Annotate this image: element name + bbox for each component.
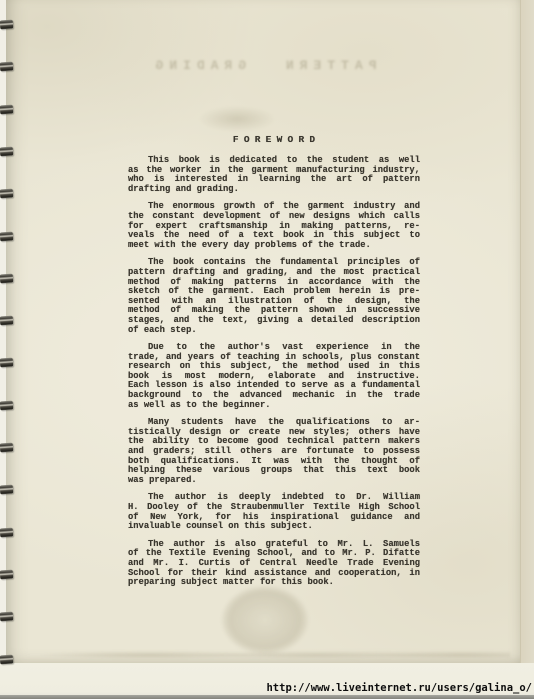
scanned-page: PATTERN GRADING FOREWORD This book is de… <box>0 0 534 699</box>
spiral-binding-ring <box>0 400 13 410</box>
page-right-edge <box>521 0 534 663</box>
spiral-binding-ring <box>0 231 13 241</box>
spiral-binding-ring <box>0 316 13 326</box>
text-line: of each step. <box>128 326 420 336</box>
bleed-through-emblem <box>222 586 308 654</box>
spiral-binding-ring <box>0 146 13 156</box>
spiral-binding-ring <box>0 485 13 495</box>
spiral-binding-ring <box>0 654 13 664</box>
paragraph: The book contains the fundamental princi… <box>128 258 420 335</box>
spiral-binding-ring <box>0 104 13 114</box>
paragraph: The author is also grateful to Mr. L. Sa… <box>128 540 420 588</box>
bleed-through-title: PATTERN GRADING <box>98 58 428 73</box>
page-title: FOREWORD <box>128 134 420 145</box>
paragraph: This book is dedicated to the student as… <box>128 156 420 194</box>
paragraph: The author is deeply indebted to Dr. Wil… <box>128 493 420 531</box>
spiral-binding-ring <box>0 189 13 199</box>
text-line: was prepared. <box>128 476 420 486</box>
scan-edge-line <box>0 695 534 699</box>
spiral-binding-ring <box>0 273 13 283</box>
foreword-section: FOREWORD This book is dedicated to the s… <box>128 134 420 596</box>
spiral-binding-ring <box>0 62 13 72</box>
spiral-binding-ring <box>0 569 13 579</box>
watermark-url: http://www.liveinternet.ru/users/galina_… <box>266 682 532 694</box>
bleed-through-smudge <box>198 106 276 132</box>
bleed-through-band <box>30 649 510 661</box>
foreword-paragraphs: This book is dedicated to the student as… <box>128 156 420 588</box>
spiral-binding-ring <box>0 612 13 622</box>
text-line: invaluable counsel on this subject. <box>128 522 420 532</box>
spiral-binding-ring <box>0 443 13 453</box>
text-line: preparing subject matter for this book. <box>128 578 420 588</box>
paragraph: Due to the author's vast experience in t… <box>128 343 420 410</box>
spiral-binding-ring <box>0 20 13 30</box>
text-line: meet with the every day problems of the … <box>128 241 420 251</box>
spiral-binding-ring <box>0 358 13 368</box>
paragraph: The enormous growth of the garment indus… <box>128 202 420 250</box>
spiral-binding-ring <box>0 527 13 537</box>
paragraph: Many students have the qualifications to… <box>128 418 420 485</box>
text-line: drafting and grading. <box>128 185 420 195</box>
text-line: as well as to the beginner. <box>128 401 420 411</box>
